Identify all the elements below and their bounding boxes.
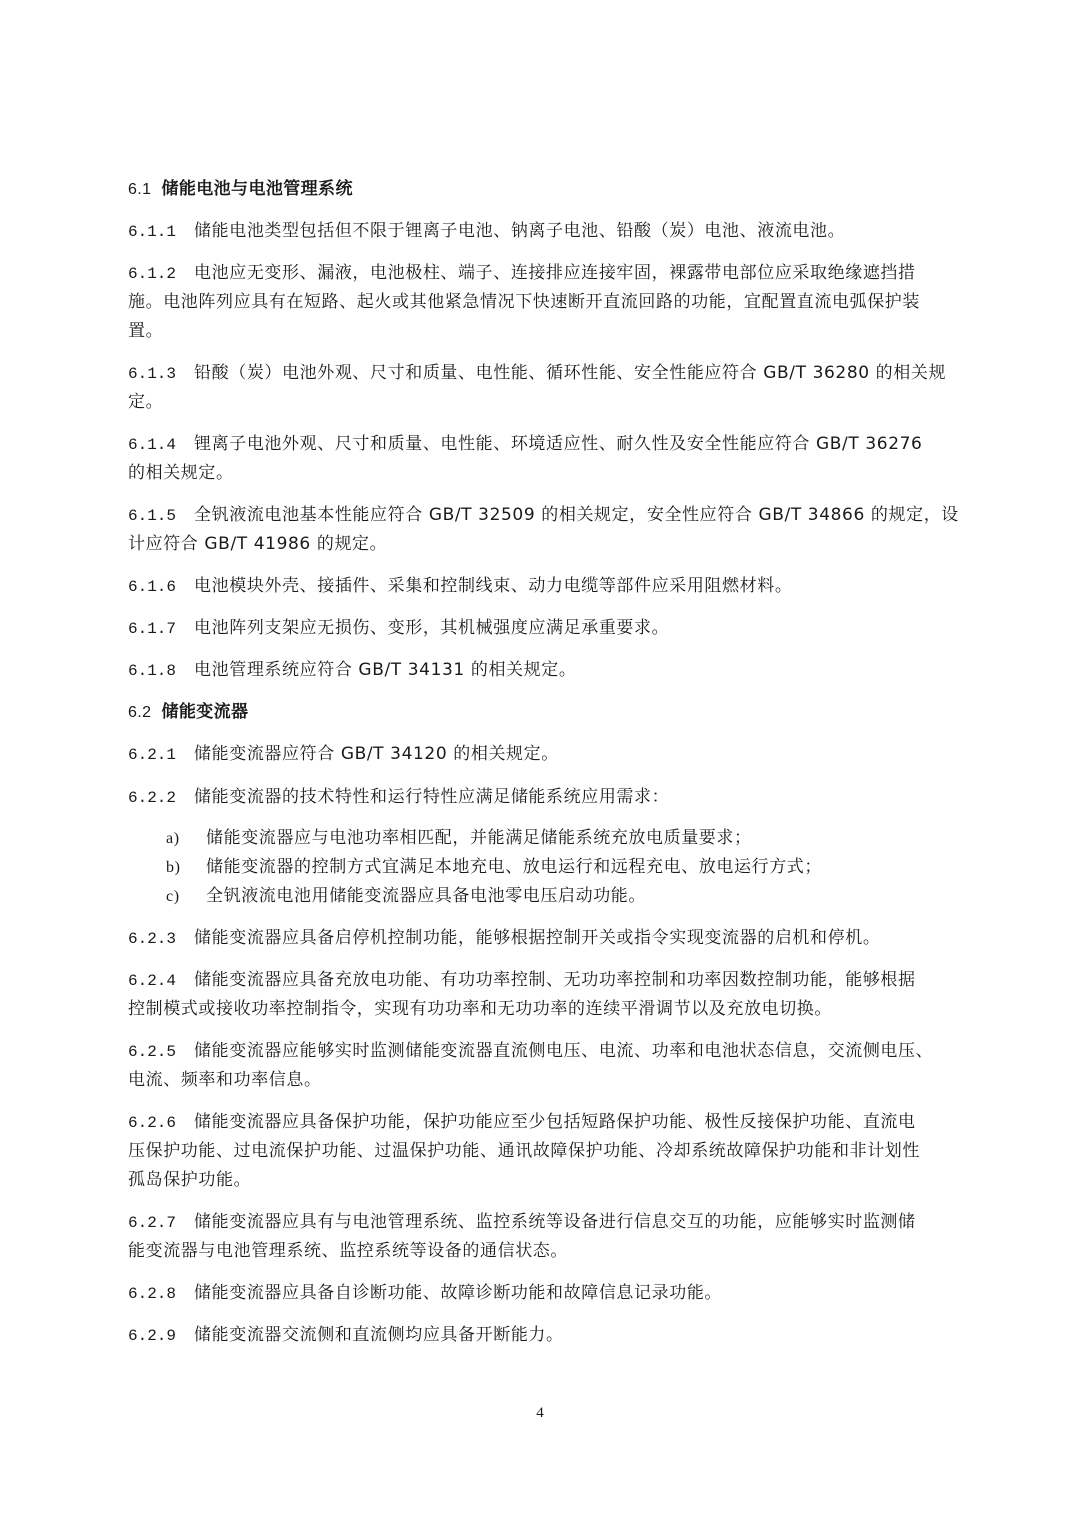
clause-number: 6.1.2 [128,263,176,285]
list-item-label: b) [166,857,206,879]
clause-6-2-6-cont: 压保护功能、过电流保护功能、过温保护功能、通讯故障保护功能、冷却系统故障保护功能… [128,1140,920,1162]
clause-text: 储能变流器应具有与电池管理系统、监控系统等设备进行信息交互的功能，应能够实时监测… [194,1212,916,1232]
list-item-label: a) [166,828,206,850]
clause-6-2-7: 6.2.7储能变流器应具有与电池管理系统、监控系统等设备进行信息交互的功能，应能… [128,1211,916,1234]
clause-text: 定。 [128,392,163,412]
clause-6-1-3: 6.1.3铅酸（炭）电池外观、尺寸和质量、电性能、循环性能、安全性能应符合 GB… [128,362,946,385]
clause-6-2-1: 6.2.1储能变流器应符合 GB/T 34120 的相关规定。 [128,743,559,766]
clause-6-1-7: 6.1.7电池阵列支架应无损伤、变形，其机械强度应满足承重要求。 [128,617,669,640]
clause-number: 6.1.6 [128,576,176,598]
clause-text: 储能变流器应能够实时监测储能变流器直流侧电压、电流、功率和电池状态信息，交流侧电… [194,1041,933,1061]
clause-text: 储能电池类型包括但不限于锂离子电池、钠离子电池、铅酸（炭）电池、液流电池。 [194,221,845,241]
clause-text: 孤岛保护功能。 [128,1170,251,1190]
clause-number: 6.2.2 [128,787,176,809]
clause-6-2-7-cont: 能变流器与电池管理系统、监控系统等设备的通信状态。 [128,1240,568,1262]
clause-number: 6.2.8 [128,1283,176,1305]
clause-6-1-3-cont: 定。 [128,391,163,413]
clause-6-1-5-cont: 计应符合 GB/T 41986 的规定。 [128,533,387,555]
list-item-label: c) [166,886,206,908]
clause-text: 储能变流器应符合 GB/T 34120 的相关规定。 [194,744,559,764]
clause-text: 的相关规定。 [128,463,234,483]
clause-number: 6.2.6 [128,1112,176,1134]
clause-text: 锂离子电池外观、尺寸和质量、电性能、环境适应性、耐久性及安全性能应符合 GB/T… [194,434,922,454]
clause-number: 6.2.4 [128,970,176,992]
clause-6-2-8: 6.2.8储能变流器应具备自诊断功能、故障诊断功能和故障信息记录功能。 [128,1282,722,1305]
clause-number: 6.2.7 [128,1212,176,1234]
section-heading-6-1: 6.1储能电池与电池管理系统 [128,178,353,201]
list-item-b: b)储能变流器的控制方式宜满足本地充电、放电运行和远程充电、放电运行方式； [166,856,822,879]
clause-text: 储能变流器交流侧和直流侧均应具备开断能力。 [194,1325,564,1345]
clause-text: 电池管理系统应符合 GB/T 34131 的相关规定。 [194,660,576,680]
clause-text: 储能变流器的技术特性和运行特性应满足储能系统应用需求： [194,787,669,807]
clause-6-1-8: 6.1.8电池管理系统应符合 GB/T 34131 的相关规定。 [128,659,576,682]
list-item-c: c)全钒液流电池用储能变流器应具备电池零电压启动功能。 [166,885,646,908]
clause-text: 电池应无变形、漏液，电池极柱、端子、连接排应连接牢固，裸露带电部位应采取绝缘遮挡… [194,263,916,283]
clause-text: 电池模块外壳、接插件、采集和控制线束、动力电缆等部件应采用阻燃材料。 [194,576,792,596]
clause-text: 电池阵列支架应无损伤、变形，其机械强度应满足承重要求。 [194,618,669,638]
clause-text: 置。 [128,321,163,341]
clause-6-2-9: 6.2.9储能变流器交流侧和直流侧均应具备开断能力。 [128,1324,564,1347]
clause-number: 6.1.7 [128,618,176,640]
clause-6-2-3: 6.2.3储能变流器应具备启停机控制功能，能够根据控制开关或指令实现变流器的启机… [128,927,880,950]
clause-6-1-5: 6.1.5全钒液流电池基本性能应符合 GB/T 32509 的相关规定，安全性应… [128,504,959,527]
clause-number: 6.1.8 [128,660,176,682]
clause-text: 储能变流器应具备充放电功能、有功功率控制、无功功率控制和功率因数控制功能，能够根… [194,970,916,990]
clause-text: 压保护功能、过电流保护功能、过温保护功能、通讯故障保护功能、冷却系统故障保护功能… [128,1141,920,1161]
clause-text: 储能变流器应具备启停机控制功能，能够根据控制开关或指令实现变流器的启机和停机。 [194,928,880,948]
clause-number: 6.2.3 [128,928,176,950]
clause-6-1-2: 6.1.2电池应无变形、漏液，电池极柱、端子、连接排应连接牢固，裸露带电部位应采… [128,262,916,285]
list-item-text: 全钒液流电池用储能变流器应具备电池零电压启动功能。 [206,886,646,906]
clause-6-1-6: 6.1.6电池模块外壳、接插件、采集和控制线束、动力电缆等部件应采用阻燃材料。 [128,575,792,598]
page-number: 4 [0,1405,1080,1422]
clause-text: 施。电池阵列应具有在短路、起火或其他紧急情况下快速断开直流回路的功能，宜配置直流… [128,292,920,312]
clause-number: 6.1.3 [128,363,176,385]
clause-6-2-2: 6.2.2储能变流器的技术特性和运行特性应满足储能系统应用需求： [128,786,669,809]
clause-text: 铅酸（炭）电池外观、尺寸和质量、电性能、循环性能、安全性能应符合 GB/T 36… [194,363,946,383]
list-item-text: 储能变流器的控制方式宜满足本地充电、放电运行和远程充电、放电运行方式； [206,857,822,877]
clause-text: 计应符合 GB/T 41986 的规定。 [128,534,387,554]
clause-6-2-6: 6.2.6储能变流器应具备保护功能，保护功能应至少包括短路保护功能、极性反接保护… [128,1111,916,1134]
clause-text: 储能变流器应具备自诊断功能、故障诊断功能和故障信息记录功能。 [194,1283,722,1303]
clause-number: 6.1.1 [128,221,176,243]
clause-number: 6.1.4 [128,434,176,456]
clause-text: 全钒液流电池基本性能应符合 GB/T 32509 的相关规定，安全性应符合 GB… [194,505,959,525]
clause-6-1-1: 6.1.1储能电池类型包括但不限于锂离子电池、钠离子电池、铅酸（炭）电池、液流电… [128,220,845,243]
clause-6-2-5-cont: 电流、频率和功率信息。 [128,1069,322,1091]
clause-text: 能变流器与电池管理系统、监控系统等设备的通信状态。 [128,1241,568,1261]
clause-6-1-4: 6.1.4锂离子电池外观、尺寸和质量、电性能、环境适应性、耐久性及安全性能应符合… [128,433,922,456]
document-page: 6.1储能电池与电池管理系统 6.1.1储能电池类型包括但不限于锂离子电池、钠离… [0,0,1080,1527]
clause-text: 储能变流器应具备保护功能，保护功能应至少包括短路保护功能、极性反接保护功能、直流… [194,1112,916,1132]
section-heading-6-2: 6.2储能变流器 [128,701,248,724]
section-title: 储能电池与电池管理系统 [161,179,352,199]
section-title: 储能变流器 [161,702,248,722]
clause-text: 控制模式或接收功率控制指令，实现有功功率和无功功率的连续平滑调节以及充放电切换。 [128,999,832,1019]
clause-6-1-2-cont: 置。 [128,320,163,342]
section-number: 6.1 [128,179,151,201]
list-item-text: 储能变流器应与电池功率相匹配，并能满足储能系统充放电质量要求； [206,828,752,848]
clause-6-2-6-cont: 孤岛保护功能。 [128,1169,251,1191]
clause-6-2-5: 6.2.5储能变流器应能够实时监测储能变流器直流侧电压、电流、功率和电池状态信息… [128,1040,933,1063]
clause-6-1-4-cont: 的相关规定。 [128,462,234,484]
section-number: 6.2 [128,702,151,724]
clause-number: 6.2.5 [128,1041,176,1063]
clause-number: 6.2.9 [128,1325,176,1347]
clause-number: 6.1.5 [128,505,176,527]
list-item-a: a)储能变流器应与电池功率相匹配，并能满足储能系统充放电质量要求； [166,827,752,850]
clause-6-1-2-cont: 施。电池阵列应具有在短路、起火或其他紧急情况下快速断开直流回路的功能，宜配置直流… [128,291,920,313]
clause-6-2-4-cont: 控制模式或接收功率控制指令，实现有功功率和无功功率的连续平滑调节以及充放电切换。 [128,998,832,1020]
clause-text: 电流、频率和功率信息。 [128,1070,322,1090]
clause-number: 6.2.1 [128,744,176,766]
clause-6-2-4: 6.2.4储能变流器应具备充放电功能、有功功率控制、无功功率控制和功率因数控制功… [128,969,916,992]
